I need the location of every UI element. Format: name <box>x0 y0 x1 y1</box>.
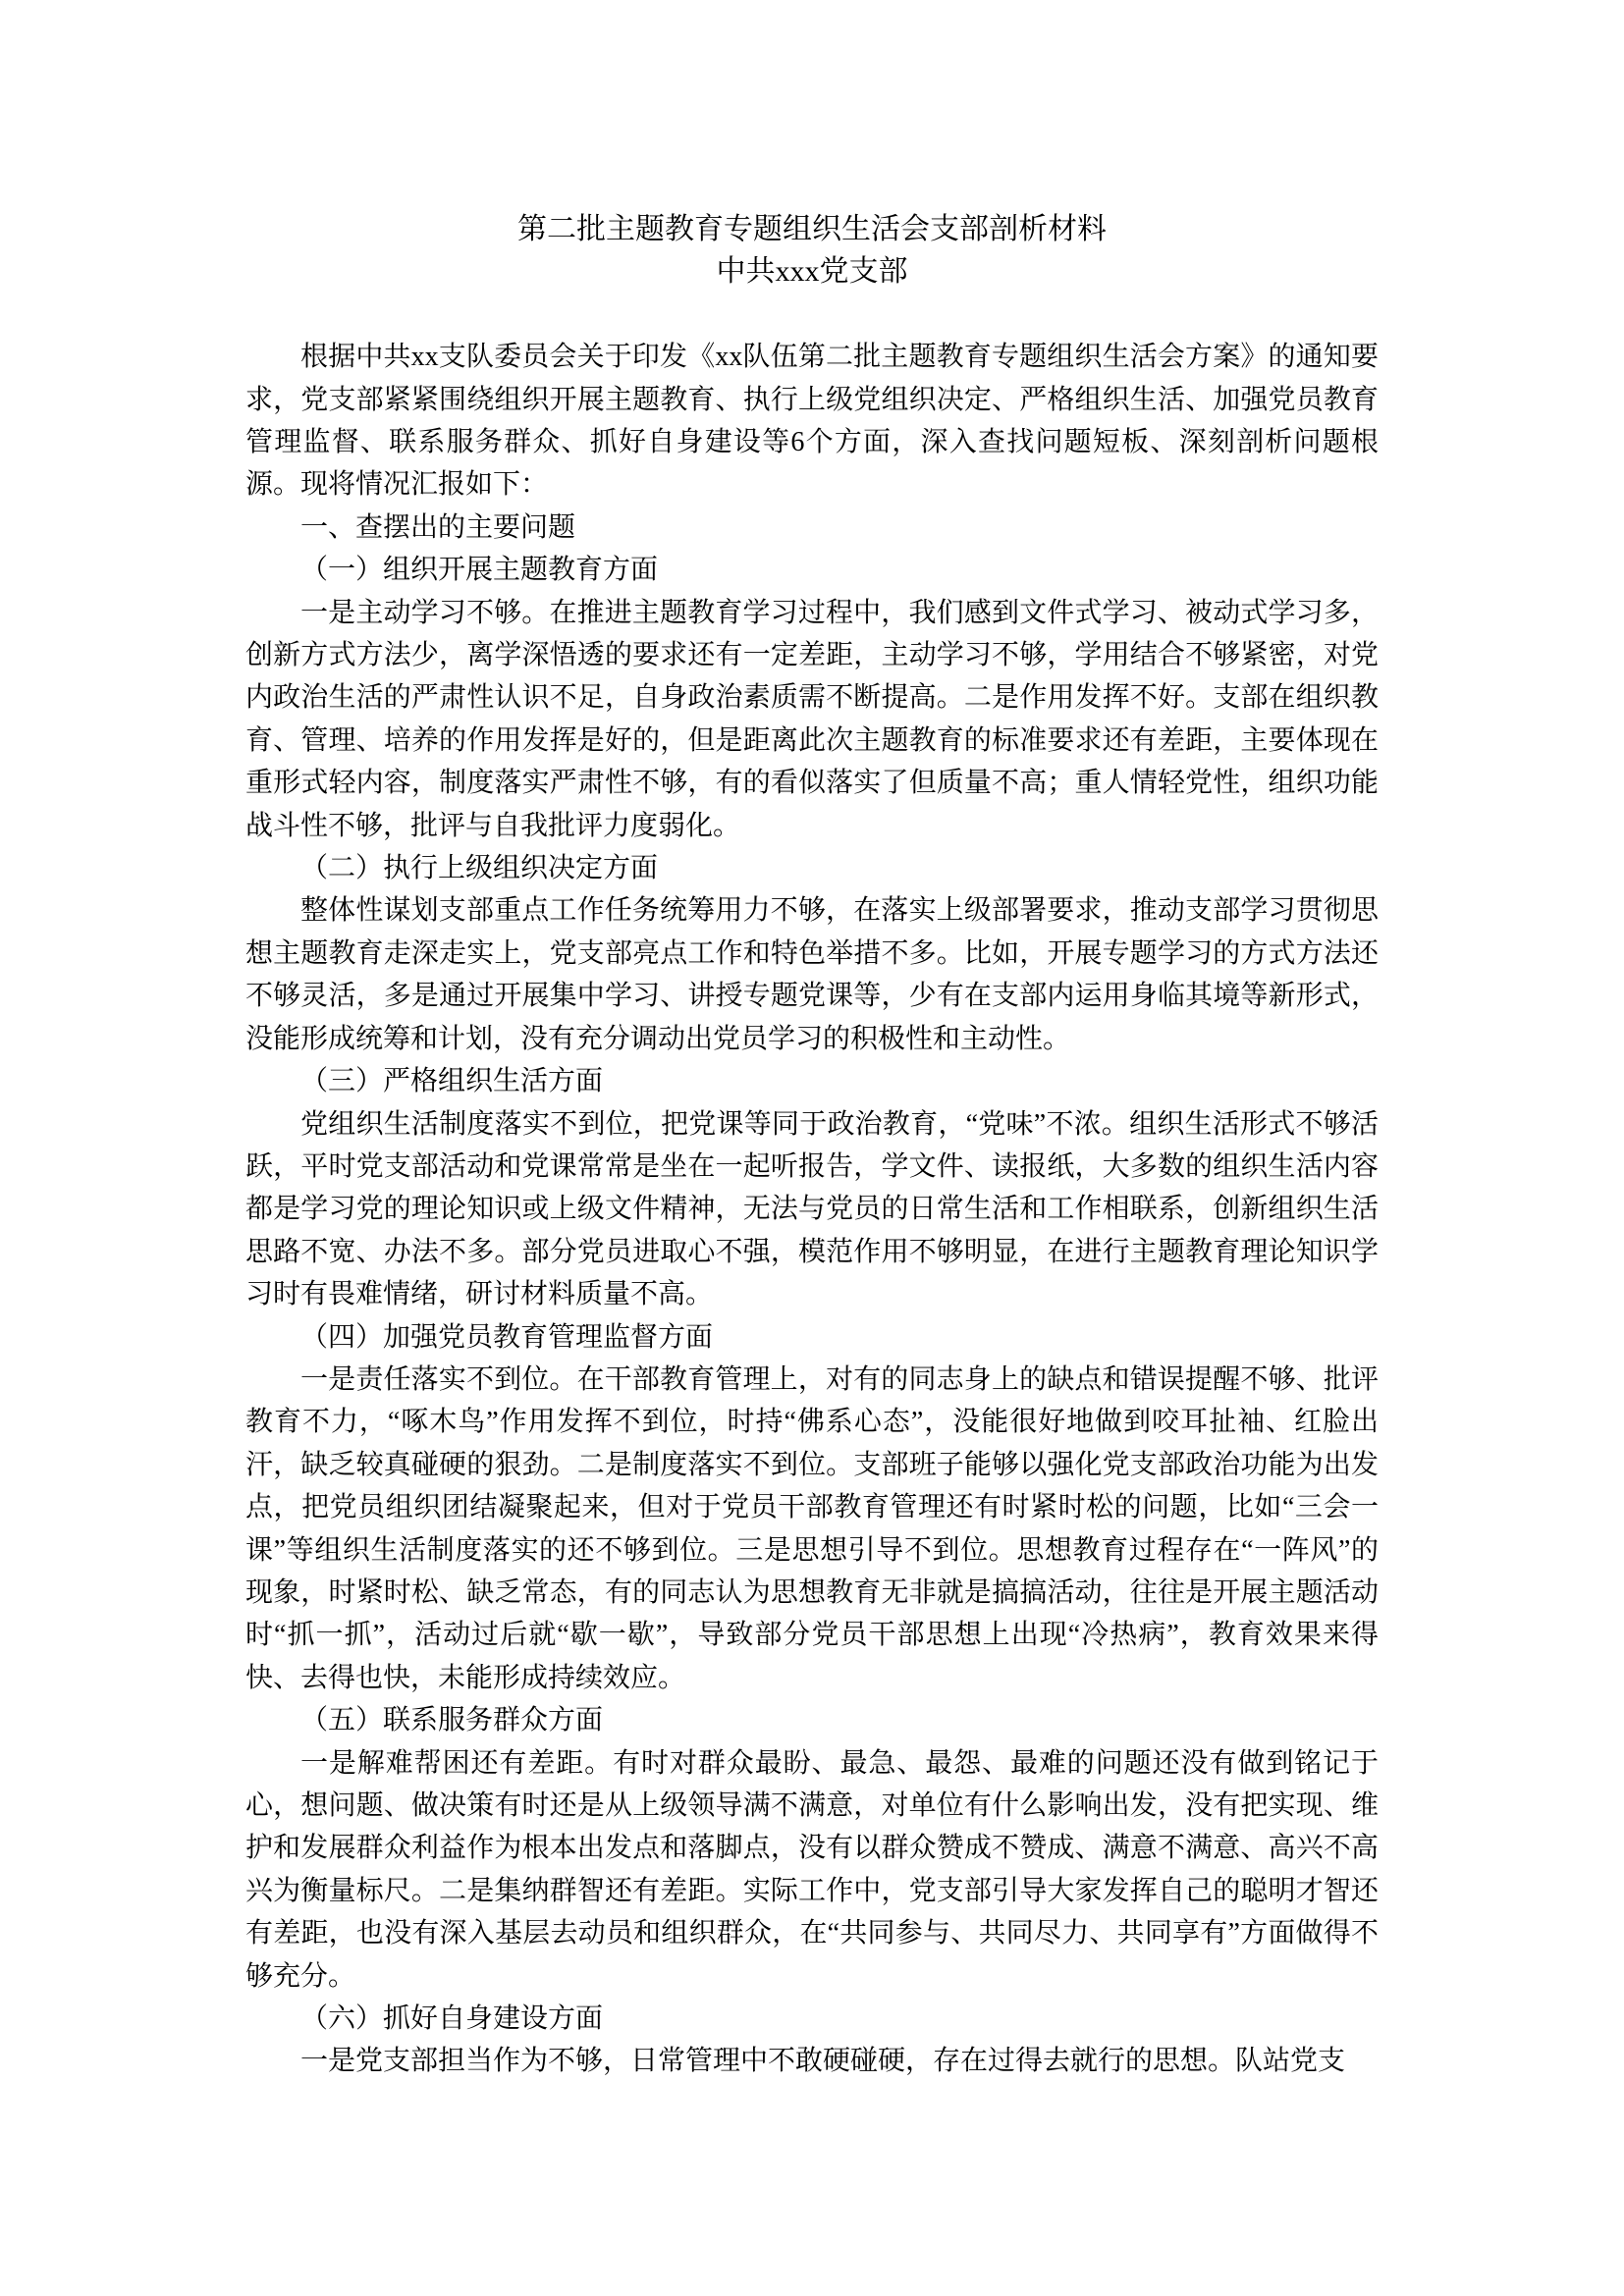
document-subtitle: 中共xxx党支部 <box>245 250 1379 293</box>
heading-member-supervision: （四）加强党员教育管理监督方面 <box>245 1316 1379 1359</box>
paragraph-serving-masses: 一是解难帮困还有差距。有时对群众最盼、最急、最怨、最难的问题还没有做到铭记于心，… <box>245 1742 1379 1998</box>
paragraph-member-supervision: 一是责任落实不到位。在干部教育管理上，对有的同志身上的缺点和错误提醒不够、批评教… <box>245 1359 1379 1699</box>
intro-paragraph: 根据中共xx支队委员会关于印发《xx队伍第二批主题教育专题组织生活会方案》的通知… <box>245 336 1379 507</box>
heading-self-construction: （六）抓好自身建设方面 <box>245 1998 1379 2040</box>
heading-superior-decisions: （二）执行上级组织决定方面 <box>245 847 1379 889</box>
paragraph-theme-education: 一是主动学习不够。在推进主题教育学习过程中，我们感到文件式学习、被动式学习多，创… <box>245 592 1379 847</box>
heading-strict-org-life: （三）严格组织生活方面 <box>245 1060 1379 1102</box>
paragraph-self-construction: 一是党支部担当作为不够，日常管理中不敢硬碰硬，存在过得去就行的思想。队站党支 <box>245 2040 1379 2082</box>
heading-serving-masses: （五）联系服务群众方面 <box>245 1699 1379 1741</box>
heading-theme-education: （一）组织开展主题教育方面 <box>245 549 1379 591</box>
document-body: 根据中共xx支队委员会关于印发《xx队伍第二批主题教育专题组织生活会方案》的通知… <box>245 336 1379 2083</box>
paragraph-superior-decisions: 整体性谋划支部重点工作任务统筹用力不够，在落实上级部署要求，推动支部学习贯彻思想… <box>245 889 1379 1060</box>
document-title: 第二批主题教育专题组织生活会支部剖析材料 <box>245 208 1379 250</box>
heading-main-issues: 一、查摆出的主要问题 <box>245 507 1379 549</box>
document-page: 第二批主题教育专题组织生活会支部剖析材料 中共xxx党支部 根据中共xx支队委员… <box>0 0 1624 2296</box>
paragraph-strict-org-life: 党组织生活制度落实不到位，把党课等同于政治教育，“党味”不浓。组织生活形式不够活… <box>245 1103 1379 1316</box>
